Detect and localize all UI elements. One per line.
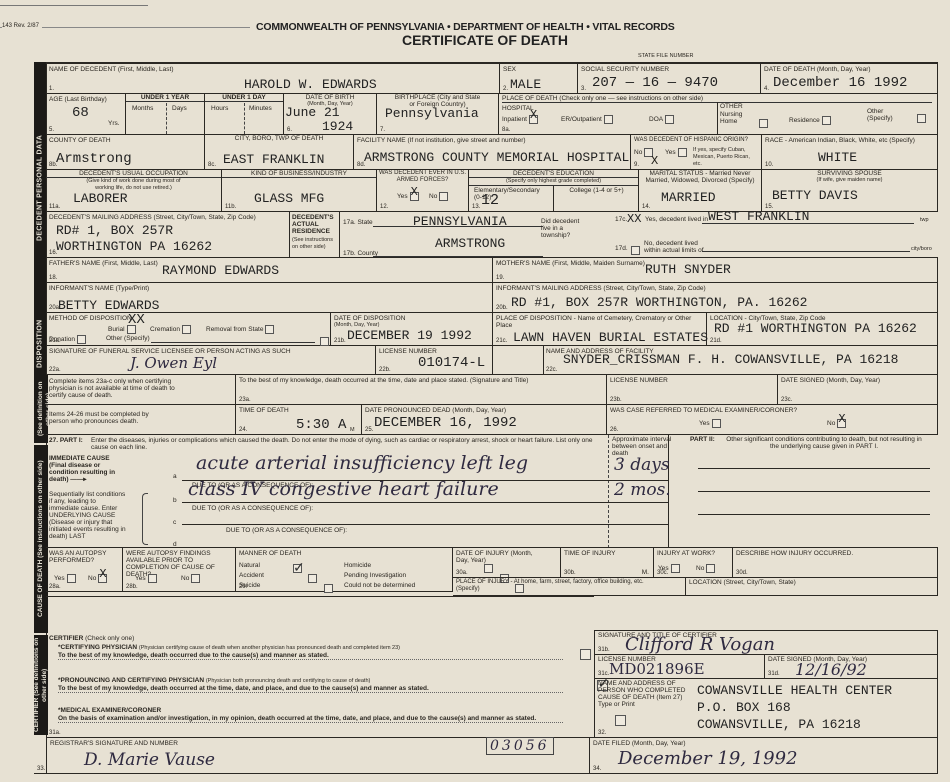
donation-checkbox[interactable] <box>77 335 86 344</box>
findings-yes-checkbox[interactable] <box>148 574 157 583</box>
date-disposition-cell: DATE OF DISPOSITION (Month, Day, Year) D… <box>331 313 493 346</box>
mother-name: RUTH SNYDER <box>645 262 731 277</box>
occupation-value: LABORER <box>73 191 128 206</box>
top-rule <box>0 5 148 6</box>
birthplace-cell: BIRTHPLACE (City and State or Foreign Co… <box>377 94 499 135</box>
injury-work-no-checkbox[interactable] <box>706 564 715 573</box>
decedent-name: HAROLD W. EDWARDS <box>244 77 377 92</box>
referred-no[interactable]: No <box>827 419 846 428</box>
physician-date-cell: DATE SIGNED (Month, Day, Year) 23c. <box>778 375 938 405</box>
natural-checkbox[interactable] <box>293 564 302 573</box>
nursing-checkbox[interactable] <box>759 119 768 128</box>
cause-line-b: class IV congestive heart failure <box>188 478 499 500</box>
referred-yes-checkbox[interactable] <box>712 419 721 428</box>
completer-line-3: COWANSVILLE, PA 16218 <box>697 717 861 732</box>
pronounced-date: DECEMBER 16, 1992 <box>374 415 517 431</box>
certifier-signature-cell: SIGNATURE AND TITLE OF CERTIFIER Cliffor… <box>594 630 938 655</box>
education-cell: DECEDENT'S EDUCATION (Specify only highe… <box>469 170 639 212</box>
armed-yes[interactable]: Yes <box>397 192 419 201</box>
residence-detail: 17a. State PENNSYLVANIA 17b. County ARMS… <box>340 212 938 258</box>
hispanic-mark: X <box>651 154 658 168</box>
cause-of-death-section: 27. PART I: Enter the diseases, injuries… <box>46 435 938 548</box>
armed-no[interactable]: No <box>429 192 448 201</box>
manner-of-death-cell: MANNER OF DEATH Natural Accident Suicide… <box>236 548 453 592</box>
birthplace: Pennsylvania <box>385 106 479 121</box>
ssn-value: 207 — 16 — 9470 <box>592 75 718 91</box>
hispanic-yes-checkbox[interactable] <box>678 148 687 157</box>
race-cell: RACE - American Indian, Black, White, et… <box>762 135 938 170</box>
township-no-checkbox[interactable] <box>631 246 640 255</box>
removal-option[interactable]: Removal from State <box>206 325 274 334</box>
disposition-date: DECEMBER 19 1992 <box>347 328 472 343</box>
age-cell: AGE (Last Birthday) 68 Yrs. 5. <box>46 94 126 135</box>
injury-description-cell: DESCRIBE HOW INJURY OCCURRED. 30d. <box>733 548 938 578</box>
cremation-checkbox[interactable] <box>182 325 191 334</box>
residence-state: PENNSYLVANIA <box>413 214 507 229</box>
dob-year: 1924 <box>322 119 353 134</box>
father-name: RAYMOND EDWARDS <box>162 263 279 278</box>
completer-cell: NAME AND ADDRESS OF PERSON WHO COMPLETED… <box>594 679 938 738</box>
physician-note-2: Items 24-26 must be completed by person … <box>46 405 236 435</box>
date-filed: December 19, 1992 <box>618 748 798 769</box>
father-cell: FATHER'S NAME (First, Middle, Last) RAYM… <box>46 258 493 283</box>
completer-line-1: COWANSVILLE HEALTH CENTER <box>697 683 892 698</box>
er-checkbox[interactable] <box>604 115 613 124</box>
er-option[interactable]: ER/Outpatient <box>561 115 613 124</box>
date-of-death-cell: DATE OF DEATH (Month, Day, Year) Decembe… <box>761 64 938 94</box>
certifier-license-cell: LICENSE NUMBER MD021896E 31c. <box>594 655 765 679</box>
certifier-signature: Clifford R Vogan <box>625 634 775 655</box>
other-place-checkbox[interactable] <box>917 114 926 123</box>
autopsy-no[interactable]: No <box>88 574 107 583</box>
completer-line-2: P.O. BOX 168 <box>697 700 791 715</box>
hispanic-yes[interactable]: Yes <box>665 148 687 157</box>
injury-work-no[interactable]: No <box>696 564 715 573</box>
residence-county: ARMSTRONG <box>435 236 505 251</box>
immediate-cause-label: IMMEDIATE CAUSE (Final disease or condit… <box>49 455 127 483</box>
nursing-option[interactable]: Nursing Home <box>720 111 760 125</box>
certifier-date-cell: DATE SIGNED (Month, Day, Year) 12/16/92 … <box>765 655 938 679</box>
facility-name: ARMSTRONG COUNTY MEMORIAL HOSPITAL <box>364 150 629 165</box>
registrar-number: 03056 <box>486 737 554 755</box>
findings-yes[interactable]: Yes <box>135 574 157 583</box>
other-disposition-checkbox[interactable] <box>320 337 329 346</box>
mailing-address-cell: DECEDENT'S MAILING ADDRESS (Street, City… <box>46 212 290 258</box>
facility-name-cell: FACILITY NAME (If not institution, give … <box>354 135 631 170</box>
certifying-physician-checkbox[interactable] <box>580 649 591 660</box>
funeral-signature-cell: SIGNATURE OF FUNERAL SERVICE LICENSEE OR… <box>46 346 376 375</box>
residence-option[interactable]: Residence <box>789 116 831 125</box>
form-id: 143 Rev. 2/87 <box>2 23 42 30</box>
pronounced-dead-cell: DATE PRONOUNCED DEAD (Month, Day, Year) … <box>362 405 607 435</box>
cause-line-a: acute arterial insufficiency left leg <box>196 452 528 474</box>
injury-location-cell: LOCATION (Street, City/Town, State) <box>686 578 938 596</box>
marital-status-cell: MARITAL STATUS - Married Never Married, … <box>639 170 762 212</box>
autopsy-cell: WAS AN AUTOPSY PERFORMED? Yes No 28a. <box>46 548 123 592</box>
interval-b: 2 mos. <box>614 480 671 500</box>
disposition-location: RD #1 WORTHINGTON PA 16262 <box>714 321 917 336</box>
registrar-cell: REGISTRAR'S SIGNATURE AND NUMBER D. Mari… <box>34 738 590 774</box>
mailing-line-1: RD# 1, BOX 257R <box>56 223 173 238</box>
date-filed-cell: DATE FILED (Month, Day, Year) December 1… <box>590 738 938 774</box>
informant-cell: INFORMANT'S NAME (Type/Print) BETTY EDWA… <box>46 283 493 313</box>
occupation-cell: DECEDENT'S USUAL OCCUPATION (Give kind o… <box>46 170 222 212</box>
disposition-location-cell: LOCATION - City/Town, State, Zip Code RD… <box>707 313 938 346</box>
informant-name: BETTY EDWARDS <box>58 298 159 313</box>
inpatient-checkbox[interactable] <box>529 115 538 124</box>
date-of-birth-cell: DATE OF BIRTH (Month, Day, Year) June 21… <box>284 94 377 135</box>
certifier-license: MD021896E <box>609 660 705 678</box>
findings-no-checkbox[interactable] <box>191 574 200 583</box>
armed-forces-cell: WAS DECEDENT EVER IN U.S. ARMED FORCES? … <box>377 170 469 212</box>
under-1-day-cell: UNDER 1 DAY Hours Minutes <box>205 94 284 135</box>
dob-month-day: June 21 <box>285 105 340 120</box>
county-of-death: Armstrong <box>56 151 132 167</box>
disposition-place: LAWN HAVEN BURIAL ESTATES <box>513 330 708 345</box>
state-file-label: STATE FILE NUMBER <box>638 53 693 60</box>
accident-checkbox[interactable] <box>308 574 317 583</box>
suicide-checkbox[interactable] <box>324 584 333 593</box>
spouse-value: BETTY DAVIS <box>772 188 858 203</box>
physician-license-cell: LICENSE NUMBER 23b. <box>607 375 778 405</box>
burial-option[interactable]: Burial <box>108 325 136 334</box>
place-disposition-cell: PLACE OF DISPOSITION - Name of Cemetery,… <box>493 313 707 346</box>
autopsy-yes-checkbox[interactable] <box>67 574 76 583</box>
physician-note-1: Complete items 23a-c only when certifyin… <box>46 375 236 405</box>
burial-checkbox[interactable] <box>127 325 136 334</box>
findings-no[interactable]: No <box>181 574 200 583</box>
city-of-death: EAST FRANKLIN <box>223 152 324 167</box>
decedent-name-cell: NAME OF DECEDENT (First, Middle, Last) H… <box>46 64 500 94</box>
funeral-signature: J. Owen Eyl <box>130 354 217 372</box>
township-name: WEST FRANKLIN <box>708 209 809 224</box>
actual-residence-cell: DECEDENT'S ACTUAL RESIDENCE (See instruc… <box>290 212 340 258</box>
funeral-facility-cell: NAME AND ADDRESS OF FACILITY SNYDER_CRIS… <box>493 346 938 375</box>
section-disposition: DISPOSITION <box>34 313 46 375</box>
doa-checkbox[interactable] <box>665 115 674 124</box>
physician-signature-cell: To the best of my knowledge, death occur… <box>236 375 607 405</box>
certificate-title: CERTIFICATE OF DEATH <box>0 32 950 48</box>
time-of-death-cell: TIME OF DEATH 5:30 A M 24. <box>236 405 362 435</box>
mailing-line-2: WORTHINGTON PA 16262 <box>56 239 212 254</box>
residence-checkbox[interactable] <box>822 116 831 125</box>
referred-no-checkbox[interactable] <box>837 419 846 428</box>
township-yes-mark[interactable]: XX <box>627 212 641 226</box>
certifier-date: 12/16/92 <box>795 660 867 679</box>
injury-place-cell: PLACE OF INJURY - At home, farm, street,… <box>453 578 686 596</box>
section-personal-data: DECEDENT PERSONAL DATA <box>34 62 46 313</box>
referred-yes[interactable]: Yes <box>699 419 721 428</box>
registrar-signature: D. Marie Vause <box>84 750 215 770</box>
spouse-cell: SURVIVING SPOUSE (If wife, give maiden n… <box>762 170 938 212</box>
removal-checkbox[interactable] <box>265 325 274 334</box>
interval-a: 3 days <box>614 455 670 475</box>
injury-date-cell: DATE OF INJURY (Month, Day, Year) 30a. <box>453 548 561 578</box>
mother-cell: MOTHER'S NAME (First, Middle, Maiden Sur… <box>493 258 938 283</box>
sex-value: MALE <box>510 77 541 92</box>
autopsy-yes[interactable]: Yes <box>54 574 76 583</box>
informant-address-cell: INFORMANT'S MAILING ADDRESS (Street, Cit… <box>493 283 938 313</box>
ssn-cell: SOCIAL SECURITY NUMBER 207 — 16 — 9470 3… <box>578 64 761 94</box>
business-value: GLASS MFG <box>254 191 324 206</box>
inpatient-option[interactable]: Inpatient <box>502 115 538 124</box>
hispanic-origin-cell: WAS DECEDENT OF HISPANIC ORIGIN? No Yes … <box>631 135 762 170</box>
injury-time-cell: TIME OF INJURY M. 30b. <box>561 548 654 578</box>
autopsy-findings-cell: WERE AUTOPSY FINDINGS AVAILABLE PRIOR TO… <box>123 548 236 592</box>
armed-yes-checkbox[interactable] <box>410 192 419 201</box>
funeral-facility: SNYDER_CRISSMAN F. H. COWANSVILLE, PA 16… <box>563 352 898 367</box>
place-of-death-cell: PLACE OF DEATH (Check only one — see ins… <box>499 94 938 135</box>
time-of-death: 5:30 A <box>296 417 346 433</box>
informant-address: RD #1, BOX 257R WORTHINGTON, PA. 16262 <box>511 295 807 310</box>
funeral-license-cell: LICENSE NUMBER 010174-L 22b. <box>376 346 493 375</box>
date-of-death: December 16 1992 <box>773 75 907 91</box>
method-disposition-cell: METHOD OF DISPOSITION XX Burial Crematio… <box>46 313 331 346</box>
county-of-death-cell: COUNTY OF DEATH Armstrong 8b. <box>46 135 205 170</box>
under-1-year-cell: UNDER 1 YEAR Months Days <box>126 94 205 135</box>
city-of-death-cell: CITY, BORO, TWP OF DEATH EAST FRANKLIN 8… <box>205 135 354 170</box>
marital-value: MARRIED <box>661 190 716 205</box>
injury-work-yes-checkbox[interactable] <box>671 564 680 573</box>
autopsy-no-checkbox[interactable] <box>98 574 107 583</box>
certifier-options: CERTIFIER (Check only one) *CERTIFYING P… <box>46 596 594 738</box>
funeral-license: 010174-L <box>418 355 485 371</box>
referred-cell: WAS CASE REFERRED TO MEDICAL EXAMINER/CO… <box>607 405 938 435</box>
business-cell: KIND OF BUSINESS/INDUSTRY GLASS MFG 11b. <box>222 170 377 212</box>
education-value: 12 <box>481 192 499 209</box>
cremation-option[interactable]: Cremation <box>150 325 191 334</box>
age-value: 68 <box>72 105 89 121</box>
doa-option[interactable]: DOA <box>649 115 674 124</box>
armed-no-checkbox[interactable] <box>439 192 448 201</box>
sex-cell: SEX MALE 2. <box>500 64 578 94</box>
race-value: WHITE <box>818 150 857 165</box>
injury-work-cell: INJURY AT WORK? Yes No 30c. <box>654 548 733 578</box>
sequential-label: Sequentially list conditions if any, lea… <box>49 491 127 540</box>
